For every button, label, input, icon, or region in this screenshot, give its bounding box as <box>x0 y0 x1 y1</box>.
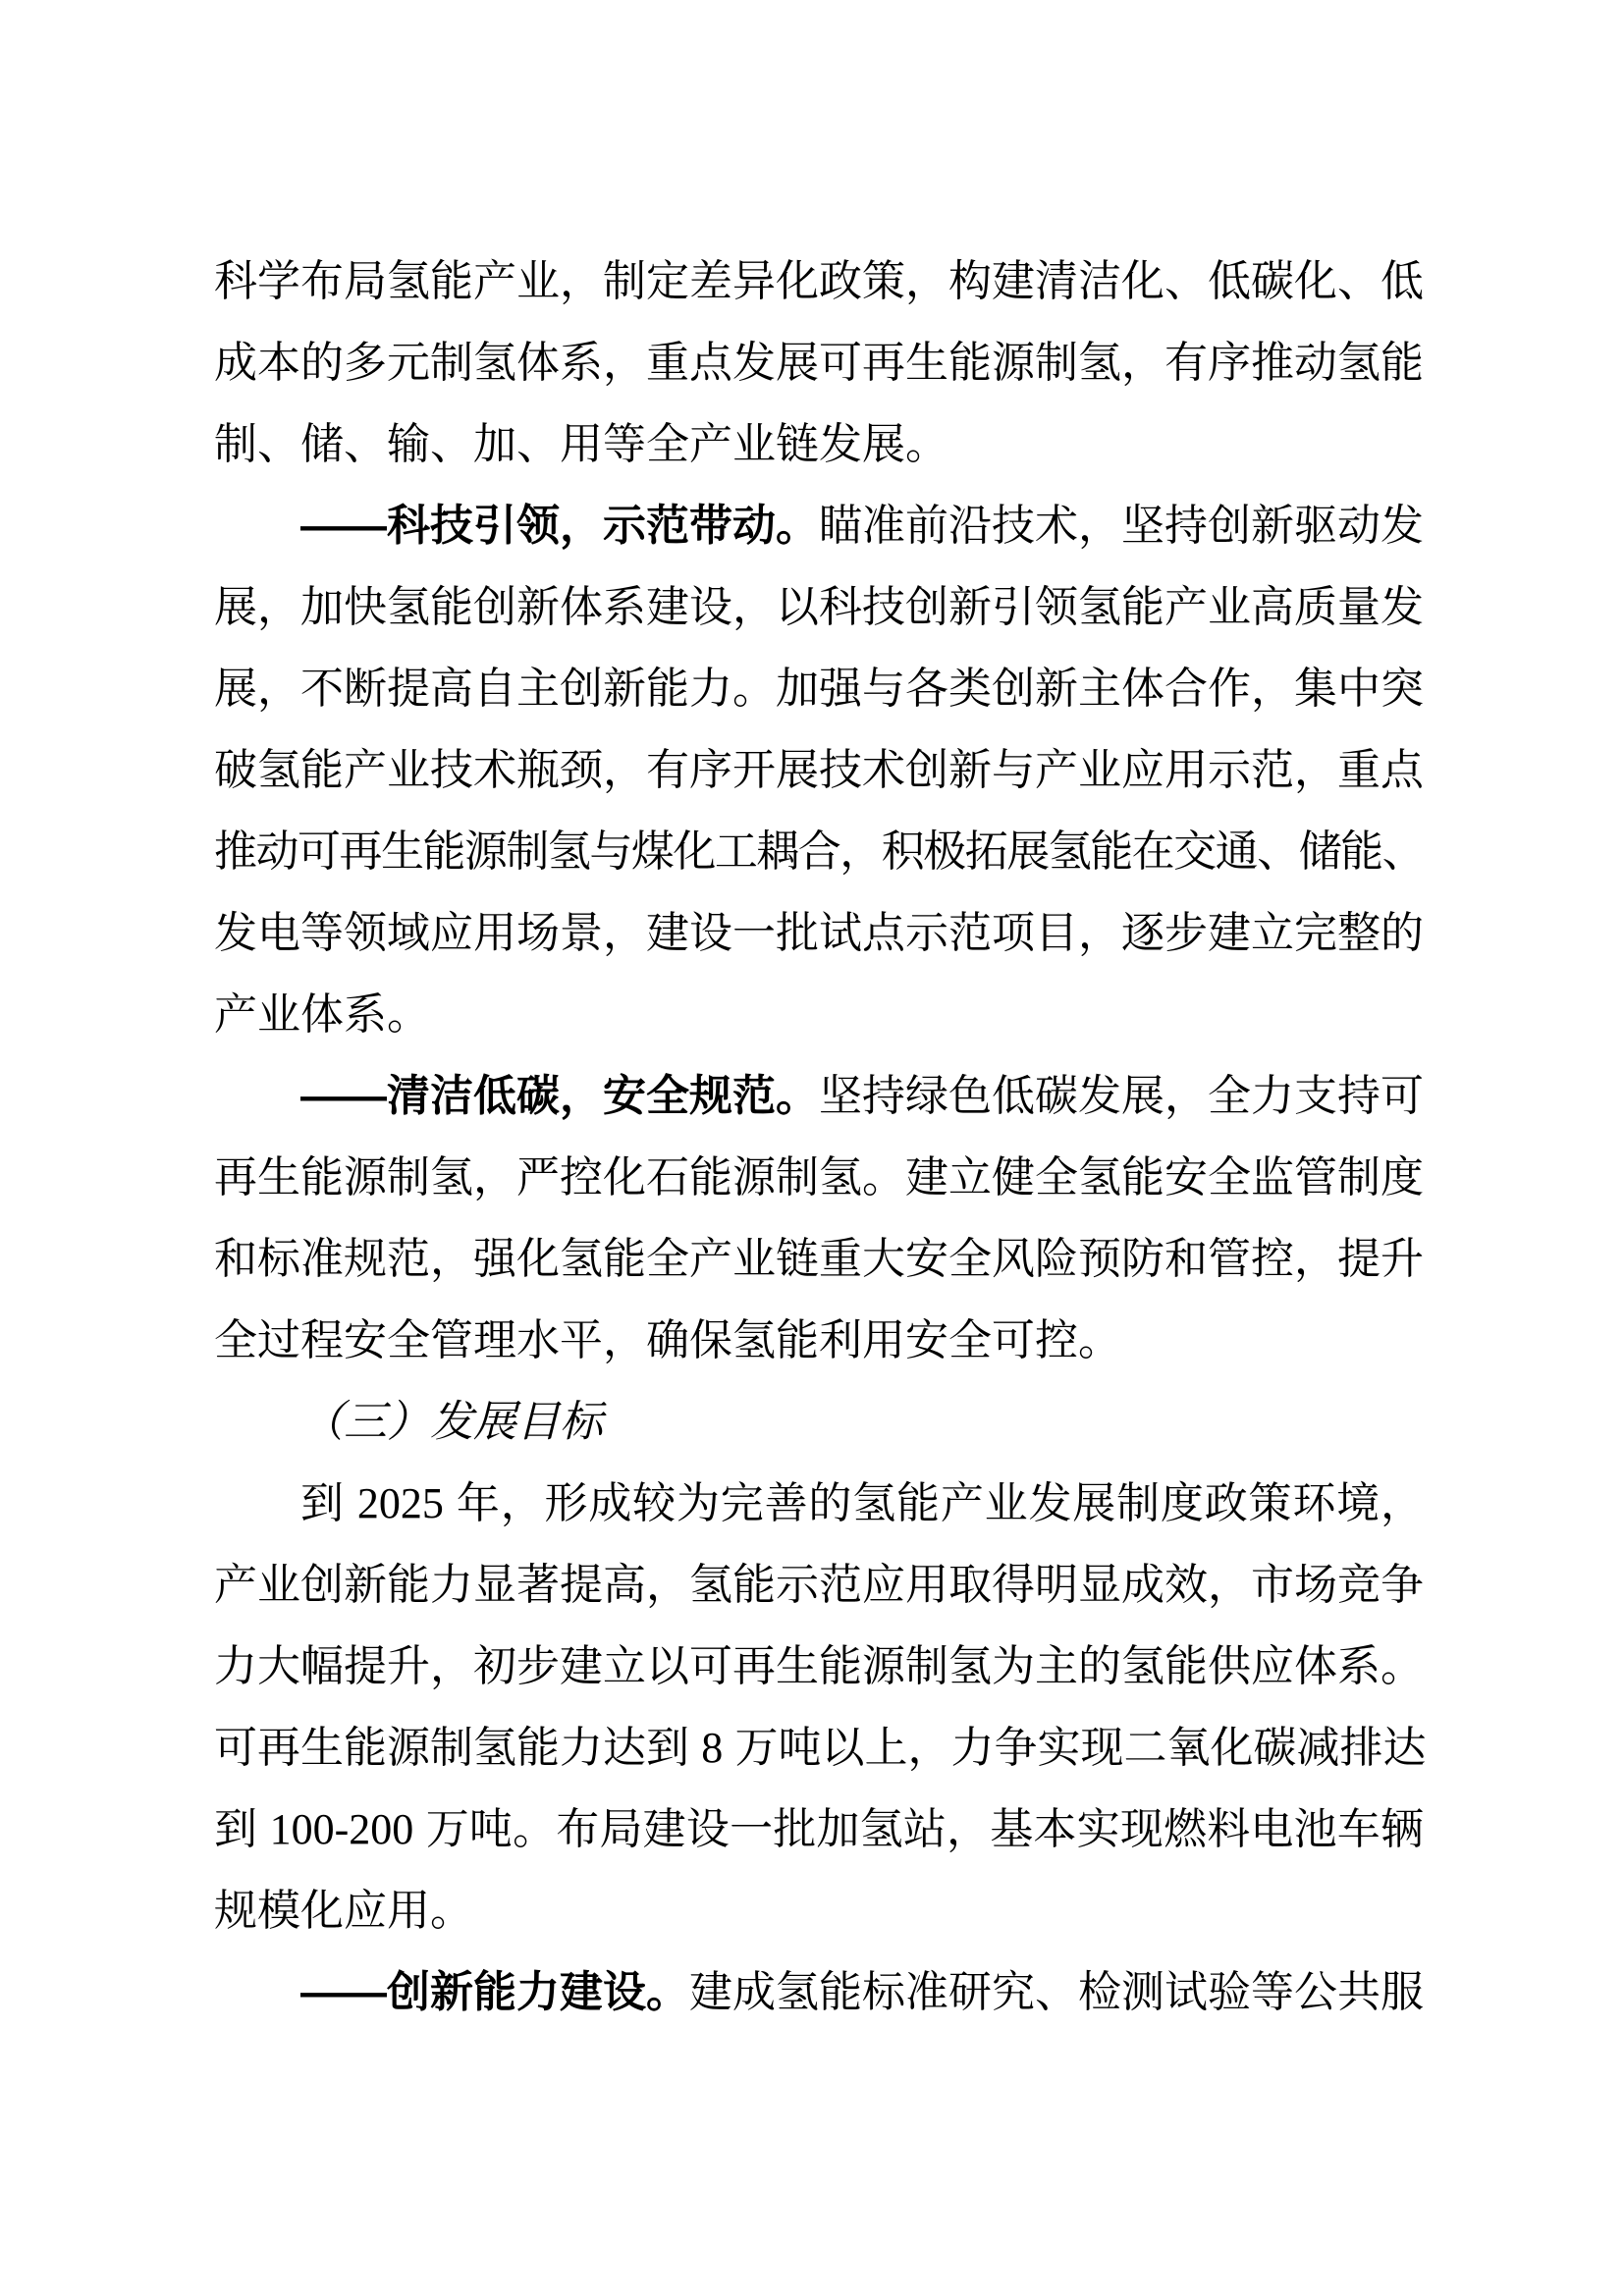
text-run: 全过程安全管理水平，确保氢能利用安全可控。 <box>214 1316 1121 1364</box>
text-line-18: 力大幅提升，初步建立以可再生能源制氢为主的氢能供应体系。 <box>214 1626 1424 1707</box>
text-run: （三）发展目标 <box>300 1398 603 1446</box>
text-line-13: 和标准规范，强化氢能全产业链重大安全风险预防和管控，提升 <box>214 1218 1424 1300</box>
document-page: 科学布局氢能产业，制定差异化政策，构建清洁化、低碳化、低成本的多元制氢体系，重点… <box>0 0 1624 2296</box>
text-run: 推动可再生能源制氢与煤化工耦合，积极拓展氢能在交通、储能、 <box>214 828 1424 876</box>
text-line-9: 发电等领域应用场景，建设一批试点示范项目，逐步建立完整的 <box>214 892 1424 974</box>
numeral-run: 8 <box>701 1724 723 1772</box>
text-line-17: 产业创新能力显著提高，氢能示范应用取得明显成效，市场竞争 <box>214 1544 1424 1626</box>
text-run: 展，加快氢能创新体系建设，以科技创新引领氢能产业高质量发 <box>214 583 1424 631</box>
numeral-run: 2025 <box>357 1479 444 1527</box>
text-run: 万吨以上，力争实现二氧化碳减排达 <box>723 1724 1426 1772</box>
text-line-10: 产业体系。 <box>214 974 1424 1055</box>
text-run: 再生能源制氢，严控化石能源制氢。建立健全氢能安全监管制度 <box>214 1153 1424 1201</box>
text-line-1: 科学布局氢能产业，制定差异化政策，构建清洁化、低碳化、低 <box>214 240 1424 322</box>
text-run: 产业创新能力显著提高，氢能示范应用取得明显成效，市场竞争 <box>214 1561 1424 1609</box>
text-run: 和标准规范，强化氢能全产业链重大安全风险预防和管控，提升 <box>214 1235 1424 1283</box>
text-run: 制、储、输、加、用等全产业链发展。 <box>214 420 948 468</box>
text-line-14: 全过程安全管理水平，确保氢能利用安全可控。 <box>214 1300 1424 1381</box>
text-line-7: 破氢能产业技术瓶颈，有序开展技术创新与产业应用示范，重点 <box>214 729 1424 811</box>
text-run: 规模化应用。 <box>214 1887 473 1935</box>
text-run: 破氢能产业技术瓶颈，有序开展技术创新与产业应用示范，重点 <box>214 746 1424 794</box>
text-line-3: 制、储、输、加、用等全产业链发展。 <box>214 403 1424 485</box>
text-line-8: 推动可再生能源制氢与煤化工耦合，积极拓展氢能在交通、储能、 <box>214 811 1424 892</box>
text-run: 产业体系。 <box>214 990 430 1039</box>
text-run: 力大幅提升，初步建立以可再生能源制氢为主的氢能供应体系。 <box>214 1642 1424 1690</box>
text-line-12: 再生能源制氢，严控化石能源制氢。建立健全氢能安全监管制度 <box>214 1137 1424 1218</box>
text-line-21: 规模化应用。 <box>214 1870 1424 1951</box>
text-line-11: ——清洁低碳，安全规范。坚持绿色低碳发展，全力支持可 <box>214 1055 1424 1137</box>
bold-lead-run: ——科技引领，示范带动。 <box>300 502 819 550</box>
bold-lead-run: ——创新能力建设。 <box>300 1968 689 2016</box>
text-run: 科学布局氢能产业，制定差异化政策，构建清洁化、低碳化、低 <box>214 257 1424 305</box>
text-run: 发电等领域应用场景，建设一批试点示范项目，逐步建立完整的 <box>214 909 1424 957</box>
text-run: 成本的多元制氢体系，重点发展可再生能源制氢，有序推动氢能 <box>214 339 1424 387</box>
document-body: 科学布局氢能产业，制定差异化政策，构建清洁化、低碳化、低成本的多元制氢体系，重点… <box>214 240 1424 2033</box>
text-run: 万吨。布局建设一批加氢站，基本实现燃料电池车辆 <box>413 1805 1424 1853</box>
text-run: 可再生能源制氢能力达到 <box>214 1724 701 1772</box>
text-run: 坚持绿色低碳发展，全力支持可 <box>819 1072 1424 1120</box>
text-line-2: 成本的多元制氢体系，重点发展可再生能源制氢，有序推动氢能 <box>214 322 1424 403</box>
text-run: 瞄准前沿技术，坚持创新驱动发 <box>819 502 1424 550</box>
text-line-16: 到 2025 年，形成较为完善的氢能产业发展制度政策环境， <box>214 1463 1424 1544</box>
text-run: 建成氢能标准研究、检测试验等公共服 <box>689 1968 1424 2016</box>
text-line-19: 可再生能源制氢能力达到 8 万吨以上，力争实现二氧化碳减排达 <box>214 1707 1424 1789</box>
text-run: 到 <box>300 1479 357 1527</box>
text-line-22: ——创新能力建设。建成氢能标准研究、检测试验等公共服 <box>214 1951 1424 2033</box>
text-run: 到 <box>214 1805 270 1853</box>
text-line-6: 展，不断提高自主创新能力。加强与各类创新主体合作，集中突 <box>214 648 1424 729</box>
text-line-4: ——科技引领，示范带动。瞄准前沿技术，坚持创新驱动发 <box>214 485 1424 566</box>
bold-lead-run: ——清洁低碳，安全规范。 <box>300 1072 819 1120</box>
text-run: 年，形成较为完善的氢能产业发展制度政策环境， <box>444 1479 1424 1527</box>
text-run: 展，不断提高自主创新能力。加强与各类创新主体合作，集中突 <box>214 665 1424 713</box>
numeral-run: 100-200 <box>270 1805 414 1853</box>
text-line-20: 到 100-200 万吨。布局建设一批加氢站，基本实现燃料电池车辆 <box>214 1789 1424 1870</box>
text-line-15: （三）发展目标 <box>214 1381 1424 1463</box>
text-line-5: 展，加快氢能创新体系建设，以科技创新引领氢能产业高质量发 <box>214 566 1424 648</box>
